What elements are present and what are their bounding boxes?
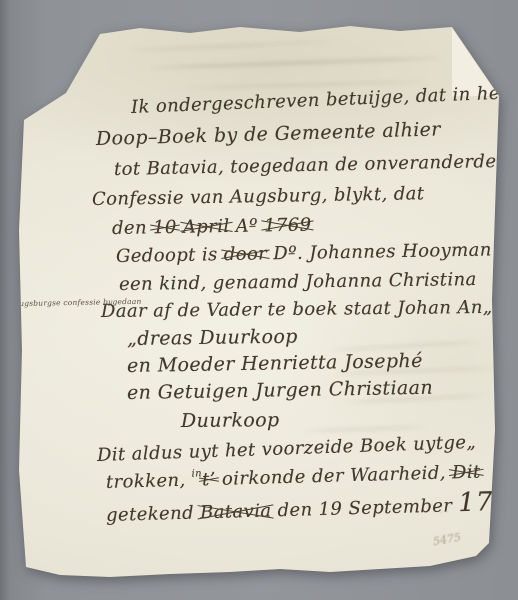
- text-segment: Doop–Boek by de Gemeente alhier: [96, 118, 441, 150]
- manuscript-line-3: tot Batavia, toegedaan de onveranderde: [114, 151, 497, 180]
- struck-out-text: Batavia: [200, 500, 272, 523]
- manuscript-line-2: Doop–Boek by de Gemeente alhier: [96, 118, 441, 150]
- text-segment: en Moeder Henrietta Josephé: [127, 350, 423, 377]
- manuscript-line-13: Dit aldus uyt het voorzeide Boek uytge„: [97, 432, 477, 466]
- manuscript-line-11: en Getuigen Jurgen Christiaan: [127, 377, 433, 404]
- text-segment: den: [112, 217, 153, 239]
- text-segment: Aº: [229, 215, 264, 237]
- manuscript-line-6: Gedoopt is door Dº. Johannes Hooyman: [116, 239, 492, 267]
- margin-annotation-mark: ✦: [5, 298, 12, 308]
- manuscript-line-10: en Moeder Henrietta Josephé: [127, 350, 423, 377]
- text-segment: „dreas Duurkoop: [127, 326, 298, 350]
- struck-out-text: Dit: [452, 462, 481, 484]
- struck-out-text: t’: [202, 469, 216, 490]
- text-segment: tot Batavia, toegedaan de onveranderde: [114, 151, 497, 180]
- struck-out-text: April: [183, 216, 230, 238]
- manuscript-line-15: getekend Batavia den 19 September 1779: [106, 486, 518, 528]
- photo-background: Ik ondergeschreven betuijge, dat in hetD…: [0, 0, 518, 600]
- paper-shadow-wrapper: Ik ondergeschreven betuijge, dat in hetD…: [0, 0, 518, 600]
- manuscript-paper: Ik ondergeschreven betuijge, dat in hetD…: [0, 0, 518, 600]
- struck-out-text: door: [224, 243, 268, 265]
- manuscript-line-1: Ik ondergeschreven betuijge, dat in het: [131, 83, 508, 118]
- text-segment: den 19 September: [271, 495, 459, 521]
- text-segment: Duurkoop: [181, 409, 280, 432]
- manuscript-line-4: Confessie van Augsburg, blykt, dat: [92, 183, 425, 210]
- manuscript-line-9: „dreas Duurkoop: [127, 326, 298, 350]
- text-segment: 1779: [458, 486, 518, 518]
- manuscript-line-8: Daar af de Vader te boek staat Johan An„: [101, 297, 493, 322]
- pencil-inventory-mark-faint: · ·: [440, 508, 450, 519]
- text-segment: Gedoopt is: [116, 244, 224, 267]
- struck-out-text: 1769: [264, 215, 312, 237]
- text-segment: getekend: [106, 502, 201, 526]
- text-segment: Dº. Johannes Hooyman: [267, 239, 492, 264]
- text-segment: Confessie van Augsburg, blykt, dat: [92, 183, 425, 210]
- struck-out-text: 10: [153, 217, 177, 238]
- text-segment: Dit aldus uyt het voorzeide Boek uytge„: [97, 432, 477, 466]
- text-segment: trokken,: [106, 470, 192, 493]
- text-segment: en Getuigen Jurgen Christiaan: [127, 377, 433, 404]
- text-segment: oirkonde der Waarheid,: [216, 462, 453, 490]
- text-segment: een kind, genaamd Johanna Christina: [119, 269, 477, 295]
- manuscript-line-12: Duurkoop: [181, 409, 280, 432]
- manuscript-line-7: een kind, genaamd Johanna Christina: [119, 269, 477, 295]
- text-segment: Ik ondergeschreven betuijge, dat in het: [131, 83, 508, 118]
- text-segment: Daar af de Vader te boek staat Johan An„: [101, 297, 493, 322]
- manuscript-line-5: den 10 April Aº 1769: [112, 215, 312, 239]
